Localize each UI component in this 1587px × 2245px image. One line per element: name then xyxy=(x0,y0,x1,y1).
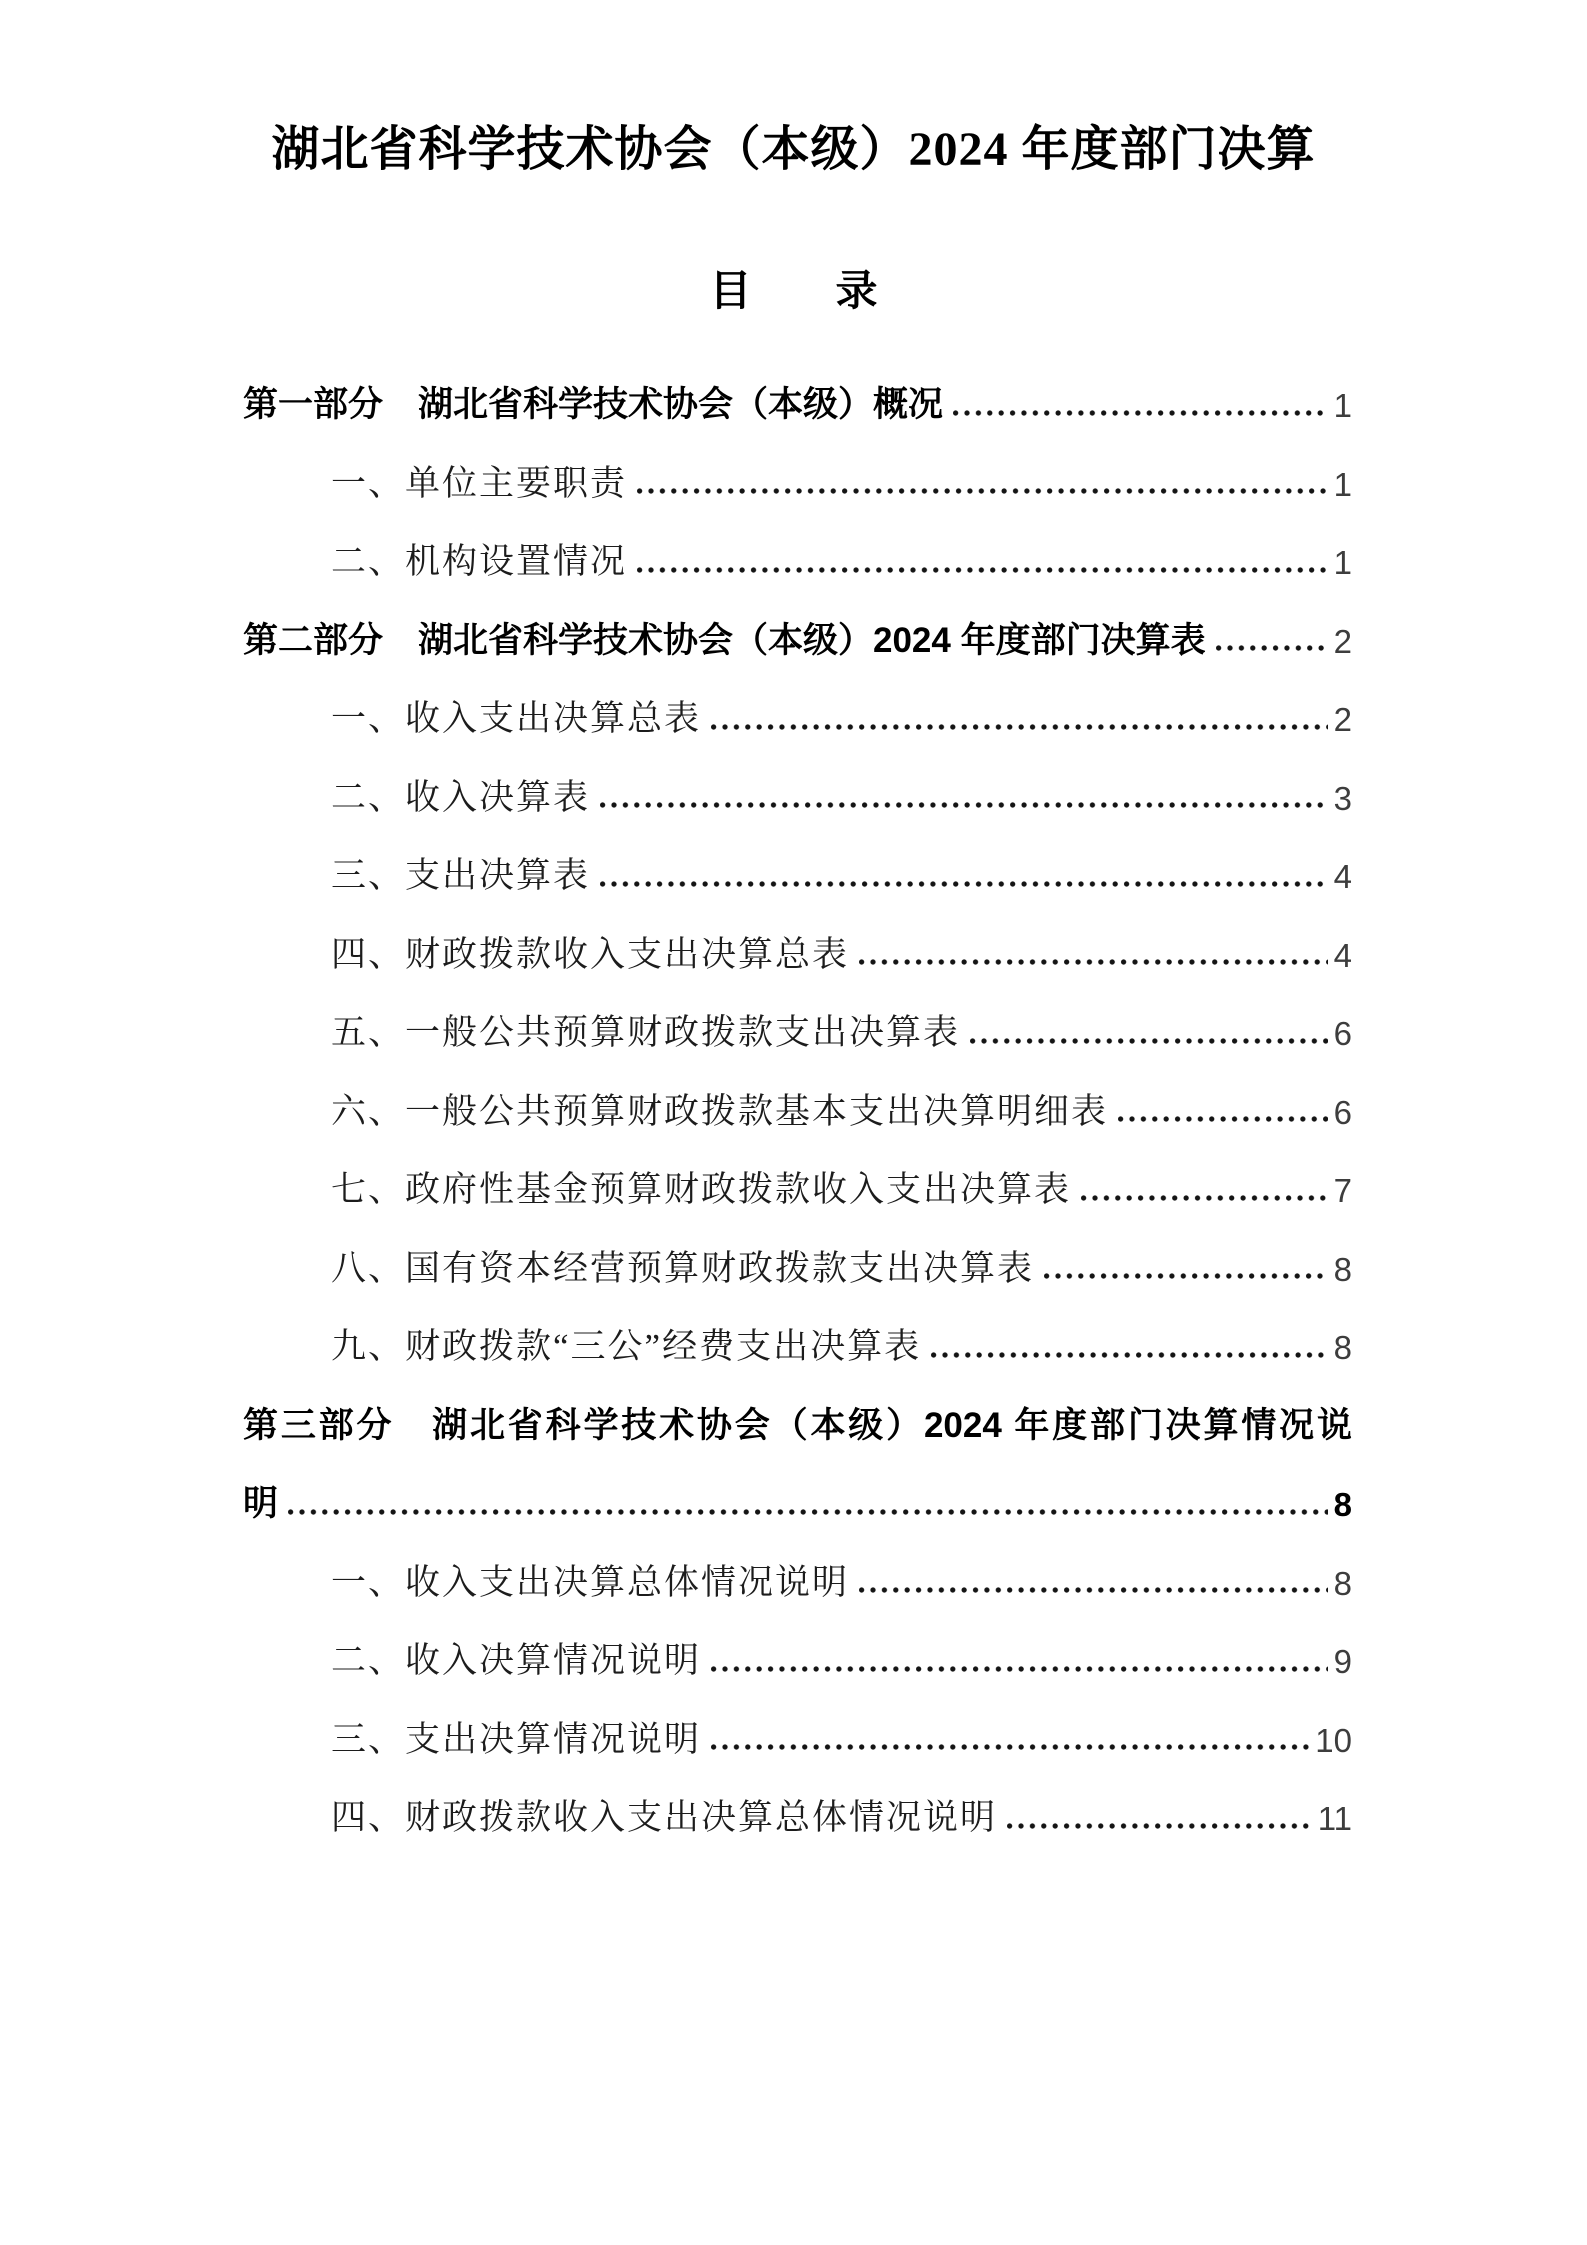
toc-entry-page-number: 6 xyxy=(1334,1096,1352,1131)
toc-entry-label: 四、财政拨款收入支出决算总体情况说明 xyxy=(331,1800,997,1837)
toc-entry[interactable]: 第三部分 湖北省科学技术协会（本级）2024 年度部门决算情况说 xyxy=(243,1366,1352,1445)
toc-entry[interactable]: 四、财政拨款收入支出决算总表4 xyxy=(243,895,1352,974)
dot-leader xyxy=(637,486,1328,496)
toc-entry[interactable]: 五、一般公共预算财政拨款支出决算表6 xyxy=(243,973,1352,1052)
dot-leader xyxy=(600,800,1328,810)
dot-leader xyxy=(711,1664,1328,1674)
dot-leader xyxy=(711,722,1328,732)
toc-entry[interactable]: 一、收入支出决算总表2 xyxy=(243,659,1352,738)
toc-entry[interactable]: 一、收入支出决算总体情况说明8 xyxy=(243,1523,1352,1602)
dot-leader xyxy=(711,1742,1309,1752)
toc-entry-label: 一、单位主要职责 xyxy=(331,466,627,503)
toc-entry-page-number: 3 xyxy=(1334,782,1352,817)
toc-entry-page-number: 1 xyxy=(1334,546,1352,581)
toc-entry-label: 二、收入决算情况说明 xyxy=(331,1643,701,1680)
table-of-contents: 第一部分 湖北省科学技术协会（本级）概况1一、单位主要职责1二、机构设置情况1第… xyxy=(0,345,1587,1837)
document-title: 湖北省科学技术协会（本级）2024 年度部门决算 xyxy=(0,0,1587,177)
toc-entry-label: 六、一般公共预算财政拨款基本支出决算明细表 xyxy=(331,1094,1108,1131)
toc-entry[interactable]: 三、支出决算情况说明10 xyxy=(243,1680,1352,1759)
toc-entry-page-number: 9 xyxy=(1334,1645,1352,1680)
dot-leader xyxy=(1044,1271,1328,1281)
toc-entry[interactable]: 二、机构设置情况1 xyxy=(243,502,1352,581)
toc-entry[interactable]: 二、收入决算情况说明9 xyxy=(243,1601,1352,1680)
toc-entry-page-number: 8 xyxy=(1334,1253,1352,1288)
toc-entry-label: 三、支出决算情况说明 xyxy=(331,1722,701,1759)
toc-heading: 目 录 xyxy=(0,177,1587,315)
dot-leader xyxy=(1007,1821,1312,1831)
toc-entry[interactable]: 七、政府性基金预算财政拨款收入支出决算表7 xyxy=(243,1130,1352,1209)
toc-entry-label: 第一部分 湖北省科学技术协会（本级）概况 xyxy=(243,387,943,424)
toc-entry-page-number: 1 xyxy=(1334,389,1352,424)
toc-entry-label: 八、国有资本经营预算财政拨款支出决算表 xyxy=(331,1251,1034,1288)
toc-entry[interactable]: 九、财政拨款“三公”经费支出决算表8 xyxy=(243,1287,1352,1366)
toc-entry[interactable]: 六、一般公共预算财政拨款基本支出决算明细表6 xyxy=(243,1052,1352,1131)
dot-leader xyxy=(288,1507,1328,1517)
toc-entry[interactable]: 明8 xyxy=(243,1444,1352,1523)
toc-entry-page-number: 2 xyxy=(1334,625,1352,660)
toc-entry[interactable]: 八、国有资本经营预算财政拨款支出决算表8 xyxy=(243,1209,1352,1288)
toc-entry-page-number: 4 xyxy=(1334,860,1352,895)
dot-leader xyxy=(1081,1193,1328,1203)
toc-entry-page-number: 8 xyxy=(1334,1488,1352,1523)
toc-entry[interactable]: 第二部分 湖北省科学技术协会（本级）2024 年度部门决算表2 xyxy=(243,581,1352,660)
toc-entry-label: 二、收入决算表 xyxy=(331,780,590,817)
toc-entry-label: 第三部分 湖北省科学技术协会（本级）2024 年度部门决算情况说 xyxy=(243,1408,1352,1445)
dot-leader xyxy=(859,957,1328,967)
toc-entry-page-number: 10 xyxy=(1315,1724,1352,1759)
toc-entry-label: 三、支出决算表 xyxy=(331,858,590,895)
toc-entry-label: 一、收入支出决算总体情况说明 xyxy=(331,1565,849,1602)
toc-entry-label: 七、政府性基金预算财政拨款收入支出决算表 xyxy=(331,1172,1071,1209)
toc-entry[interactable]: 四、财政拨款收入支出决算总体情况说明11 xyxy=(243,1758,1352,1837)
toc-entry[interactable]: 第一部分 湖北省科学技术协会（本级）概况1 xyxy=(243,345,1352,424)
dot-leader xyxy=(1216,643,1328,653)
toc-entry-page-number: 6 xyxy=(1334,1017,1352,1052)
toc-entry-page-number: 8 xyxy=(1334,1331,1352,1366)
toc-entry-label: 第二部分 湖北省科学技术协会（本级）2024 年度部门决算表 xyxy=(243,623,1206,660)
toc-entry-label: 明 xyxy=(243,1486,278,1523)
toc-entry-label: 一、收入支出决算总表 xyxy=(331,701,701,738)
dot-leader xyxy=(859,1585,1328,1595)
toc-entry-label: 五、一般公共预算财政拨款支出决算表 xyxy=(331,1015,960,1052)
dot-leader xyxy=(953,408,1328,418)
toc-entry-page-number: 1 xyxy=(1334,468,1352,503)
toc-entry-label: 四、财政拨款收入支出决算总表 xyxy=(331,937,849,974)
toc-entry[interactable]: 二、收入决算表3 xyxy=(243,738,1352,817)
toc-entry-page-number: 11 xyxy=(1318,1802,1352,1837)
toc-entry-page-number: 4 xyxy=(1334,939,1352,974)
toc-entry[interactable]: 一、单位主要职责1 xyxy=(243,424,1352,503)
toc-entry[interactable]: 三、支出决算表4 xyxy=(243,816,1352,895)
toc-entry-label: 二、机构设置情况 xyxy=(331,544,627,581)
document-page: 湖北省科学技术协会（本级）2024 年度部门决算 目 录 第一部分 湖北省科学技… xyxy=(0,0,1587,2245)
dot-leader xyxy=(970,1036,1328,1046)
toc-entry-page-number: 2 xyxy=(1334,703,1352,738)
dot-leader xyxy=(1118,1114,1328,1124)
toc-entry-page-number: 8 xyxy=(1334,1567,1352,1602)
toc-entry-label: 九、财政拨款“三公”经费支出决算表 xyxy=(331,1329,921,1366)
toc-entry-page-number: 7 xyxy=(1334,1174,1352,1209)
dot-leader xyxy=(931,1350,1328,1360)
dot-leader xyxy=(637,565,1328,575)
dot-leader xyxy=(600,879,1328,889)
